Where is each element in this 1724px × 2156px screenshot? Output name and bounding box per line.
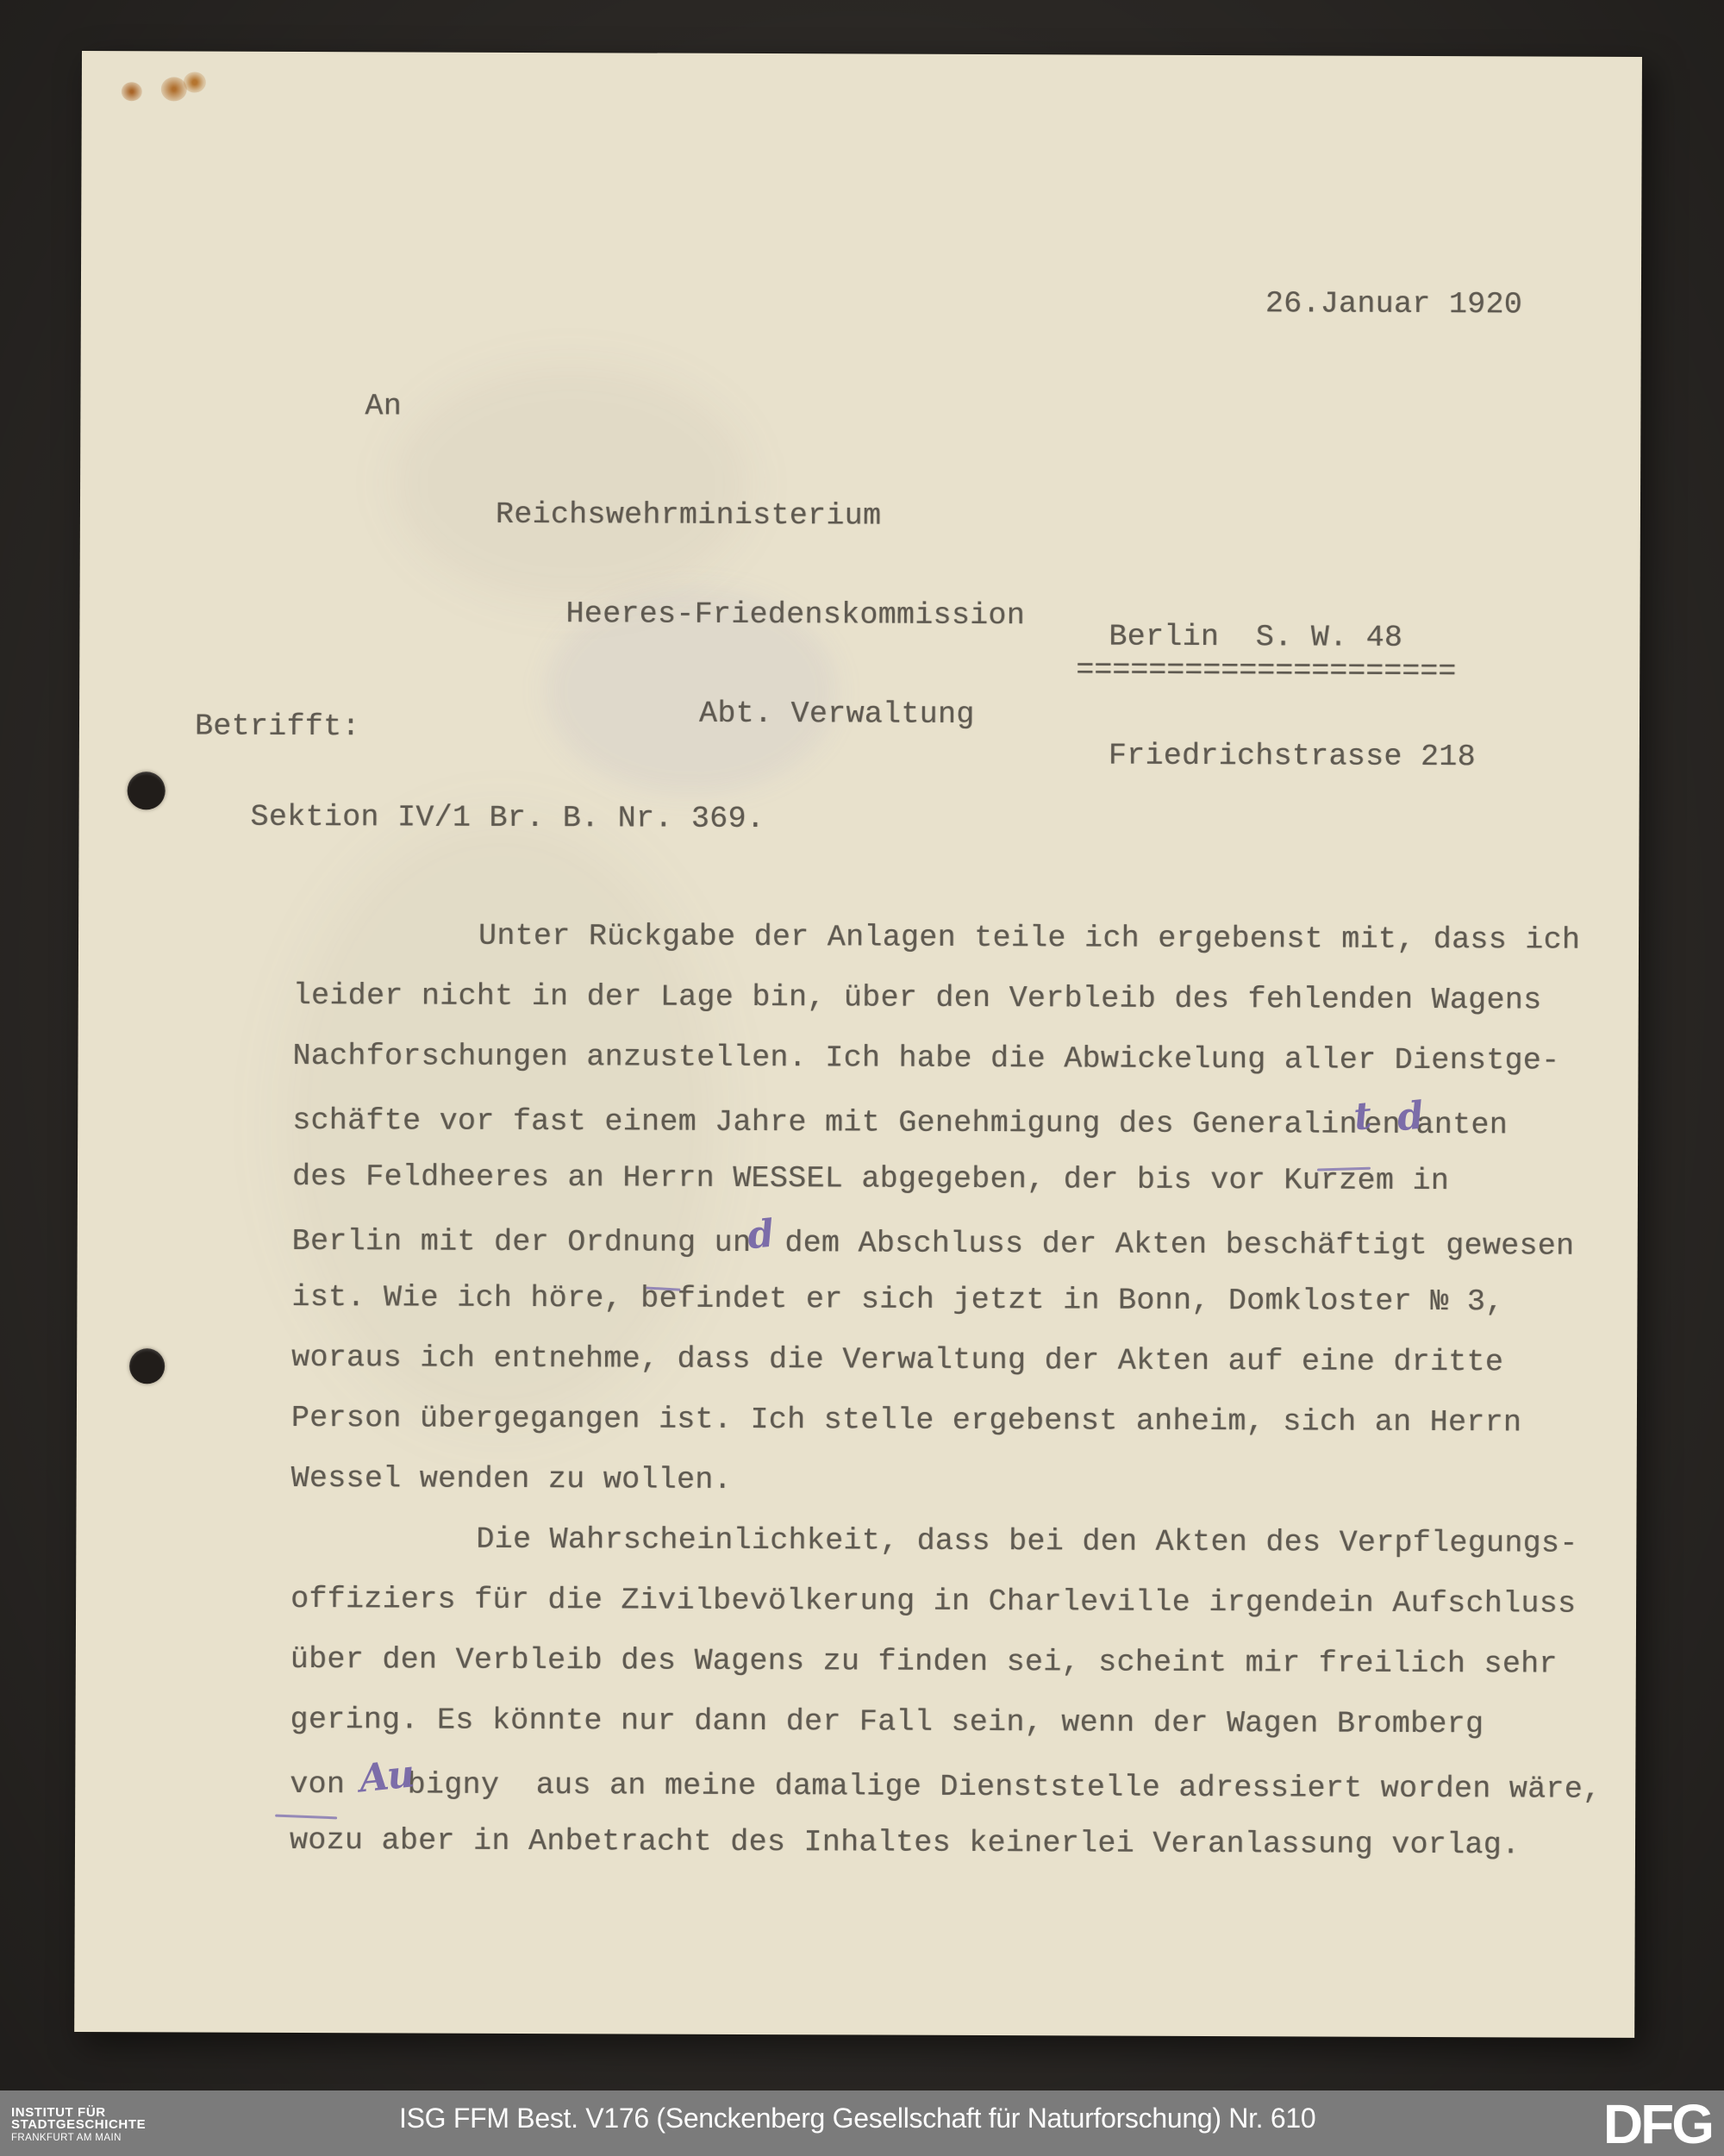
archive-logo-line: FRANKFURT AM MAIN (11, 2132, 146, 2144)
typed-text: über den Verbleib des Wagens zu finden s… (290, 1642, 1558, 1682)
handwritten-correction: Au (358, 1755, 415, 1798)
typed-text: ist. Wie ich höre, befindet er sich jetz… (291, 1280, 1503, 1319)
typed-text: leider nicht in der Lage bin, über den V… (293, 978, 1542, 1018)
letter-recipient-line: Reichswehrministerium (496, 496, 882, 535)
handwritten-correction: t (1352, 1097, 1371, 1137)
letter-body-line: des Feldheeres an Herrn WESSEL abgegeben… (292, 1158, 1449, 1200)
subject-label: Betrifft: (195, 708, 360, 747)
ink-flourish (275, 1815, 337, 1820)
punch-hole (129, 1348, 165, 1384)
handwritten-correction: d (746, 1215, 774, 1256)
letter-body-line: schäfte vor fast einem Jahre mit Genehmi… (292, 1097, 1508, 1144)
typed-text: Person übergegangen ist. Ich stelle erge… (291, 1401, 1521, 1440)
dfg-logo: DFG (1603, 2092, 1712, 2156)
typed-text: Die Wahrscheinlichkeit, dass bei den Akt… (476, 1522, 1577, 1561)
letter-body-line: leider nicht in der Lage bin, über den V… (293, 977, 1542, 1020)
letter-city-underline: ===================== (1076, 651, 1456, 691)
rust-stain (184, 72, 206, 92)
letter-body-line: über den Verbleib des Wagens zu finden s… (290, 1640, 1558, 1684)
letter-paper: 26.Januar 1920 An Reichswehrministerium … (74, 51, 1642, 2038)
letter-recipient-line: Abt. Verwaltung (699, 695, 975, 734)
typed-text: von (290, 1767, 363, 1802)
typed-text: Berlin mit der Ordnung un (292, 1224, 752, 1260)
typed-text: dem Abschluss der Akten beschäftigt gewe… (766, 1226, 1575, 1264)
letter-street: Friedrichstrasse 218 (1109, 737, 1476, 777)
typed-text: wozu aber in Anbetracht des Inhaltes kei… (290, 1823, 1520, 1862)
letter-body-line: woraus ich entnehme, dass die Verwaltung… (291, 1339, 1503, 1381)
archive-footer-bar: INSTITUT FÜR STADTGESCHICHTE FRANKFURT A… (0, 2090, 1724, 2156)
letter-body-line: gering. Es könnte nur dann der Fall sein… (290, 1701, 1484, 1743)
letter-body-line: von Aubigny aus an meine damalige Dienst… (290, 1761, 1601, 1809)
institut-stadtgeschichte-logo: INSTITUT FÜR STADTGESCHICHTE FRANKFURT A… (11, 2107, 146, 2144)
typed-text: offiziers für die Zivilbevölkerung in Ch… (290, 1582, 1576, 1622)
letter-body-line: ist. Wie ich höre, befindet er sich jetz… (291, 1278, 1503, 1321)
letter-body-line: Nachforschungen anzustellen. Ich habe di… (292, 1037, 1559, 1080)
typed-text: gering. Es könnte nur dann der Fall sein… (290, 1703, 1484, 1741)
letter-body: Unter Rückgabe der Anlagen teile ich erg… (82, 51, 1642, 57)
typed-text: schäfte vor fast einem Jahre mit Genehmi… (292, 1103, 1358, 1142)
scan-background: 26.Januar 1920 An Reichswehrministerium … (0, 0, 1724, 2156)
punch-hole (128, 772, 166, 809)
letter-recipient-line: Heeres-Friedenskommission (565, 595, 1025, 634)
letter-body-line: Unter Rückgabe der Anlagen teile ich erg… (478, 917, 1580, 959)
typed-text: des Feldheeres an Herrn WESSEL abgegeben… (292, 1159, 1449, 1198)
paper-smudge (390, 362, 753, 605)
letter-body-line: offiziers für die Zivilbevölkerung in Ch… (290, 1580, 1576, 1623)
archive-reference: ISG FFM Best. V176 (Senckenberg Gesellsc… (399, 2103, 1315, 2134)
typed-text: Unter Rückgabe der Anlagen teile ich erg… (478, 919, 1580, 958)
typed-text: woraus ich entnehme, dass die Verwaltung… (291, 1340, 1503, 1379)
rust-stain (122, 82, 142, 101)
subject-value: Sektion IV/1 Br. B. Nr. 369. (251, 798, 765, 838)
letter-salutation: An (365, 387, 402, 425)
archive-logo-line: STADTGESCHICHTE (11, 2119, 146, 2131)
typed-text: anten (1415, 1108, 1508, 1142)
letter-body-line: Berlin mit der Ordnung und dem Abschluss… (292, 1218, 1575, 1265)
typed-text: Nachforschungen anzustellen. Ich habe di… (292, 1039, 1559, 1078)
letter-body-line: Wessel wenden zu wollen. (291, 1459, 732, 1499)
typed-text: bigny aus an meine damalige Dienststelle… (408, 1767, 1602, 1806)
letter-body-line: Person übergegangen ist. Ich stelle erge… (291, 1399, 1521, 1441)
letter-date: 26.Januar 1920 (1265, 284, 1522, 323)
handwritten-correction: d (1395, 1097, 1423, 1138)
letter-body-line: wozu aber in Anbetracht des Inhaltes kei… (290, 1822, 1520, 1864)
typed-text: Wessel wenden zu wollen. (291, 1461, 732, 1497)
letter-body-line: Die Wahrscheinlichkeit, dass bei den Akt… (476, 1521, 1577, 1563)
